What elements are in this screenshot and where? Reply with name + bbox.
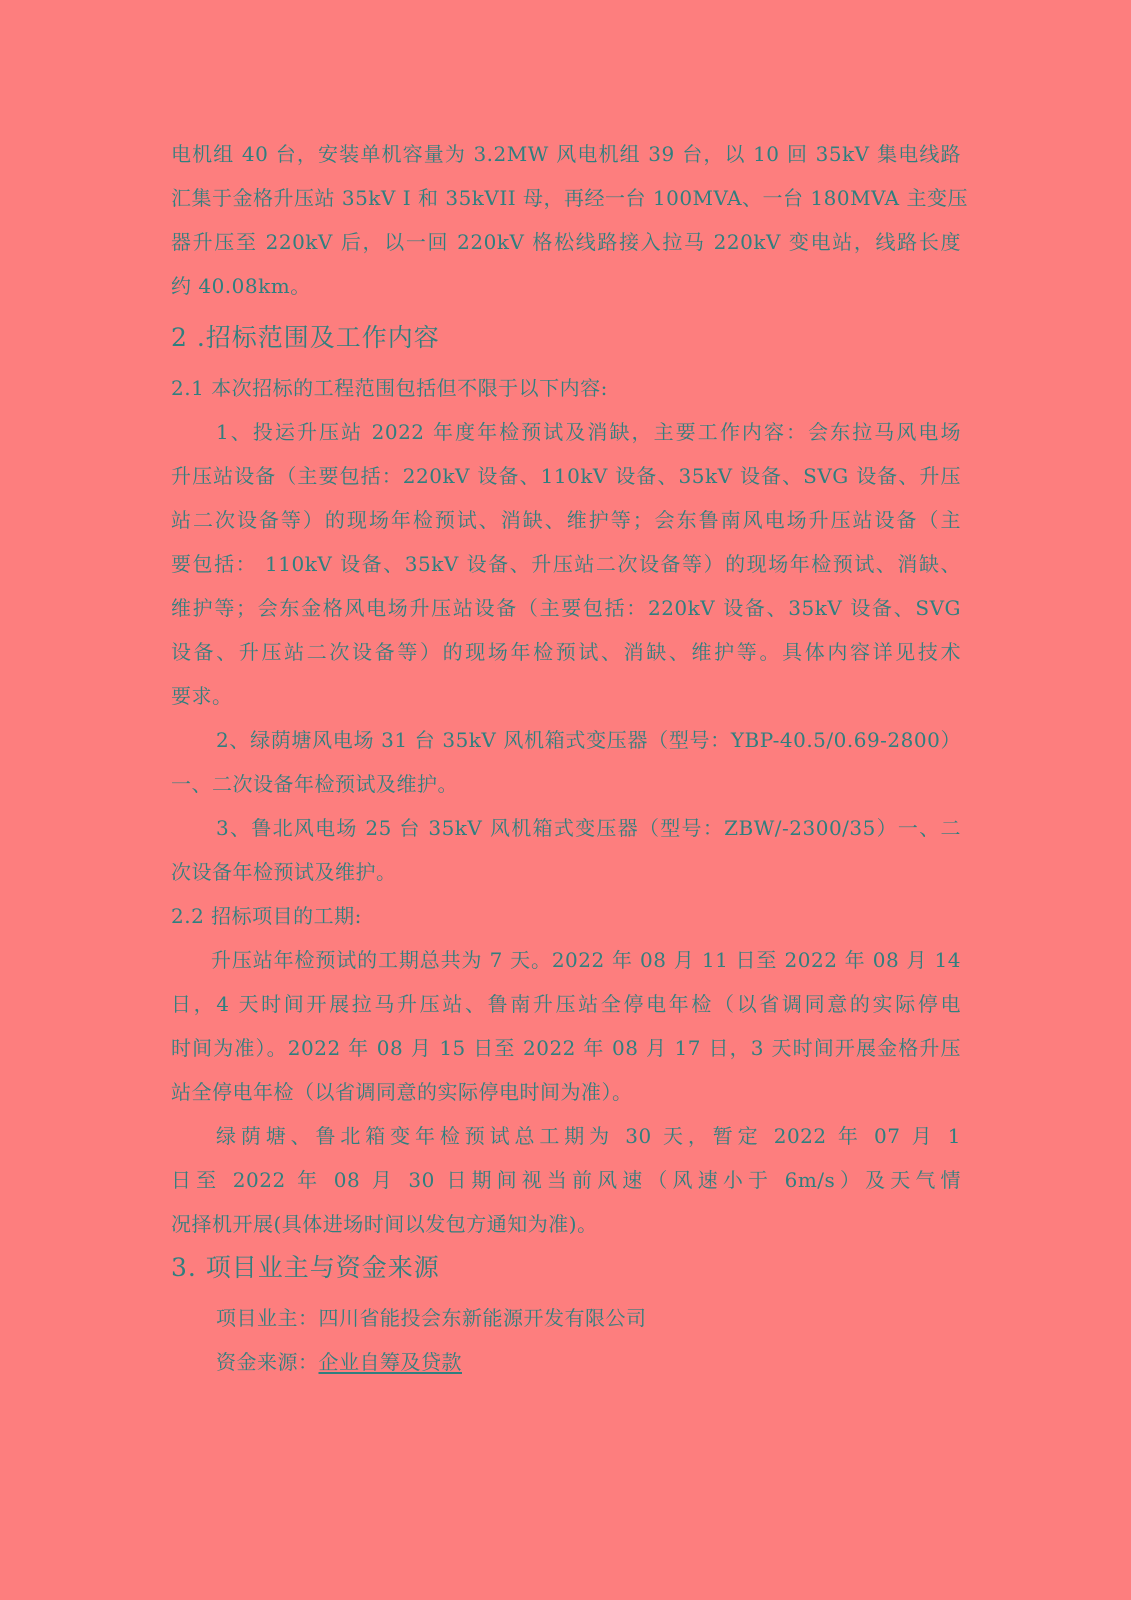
intro-line: 约 40.08km。 bbox=[171, 272, 311, 300]
funding-source-value: 企业自筹及贷款 bbox=[319, 1350, 463, 1374]
schedule-line: 况择机开展(具体进场时间以发包方通知为准)。 bbox=[171, 1210, 598, 1238]
item-2-line: 2、绿荫塘风电场 31 台 35kV 风机箱式变压器（型号：YBP-40.5/0… bbox=[216, 726, 961, 754]
project-owner-value: 四川省能投会东新能源开发有限公司 bbox=[319, 1306, 647, 1330]
intro-line: 汇集于金格升压站 35kV I 和 35kVII 母，再经一台 100MVA、一… bbox=[171, 184, 961, 212]
section-3-heading: 3. 项目业主与资金来源 bbox=[171, 1252, 440, 1284]
intro-line: 器升压至 220kV 后，以一回 220kV 格松线路接入拉马 220kV 变电… bbox=[171, 228, 961, 256]
item-3-line: 3、鲁北风电场 25 台 35kV 风机箱式变压器（型号：ZBW/-2300/3… bbox=[216, 814, 961, 842]
item-3-line: 次设备年检预试及维护。 bbox=[171, 858, 397, 886]
section-2-2-heading: 2.2 招标项目的工期: bbox=[171, 902, 362, 930]
item-1-line: 维护等；会东金格风电场升压站设备（主要包括：220kV 设备、35kV 设备、S… bbox=[171, 594, 961, 622]
schedule-line: 升压站年检预试的工期总共为 7 天。2022 年 08 月 11 日至 2022… bbox=[211, 946, 961, 974]
funding-source-row: 资金来源：企业自筹及贷款 bbox=[216, 1348, 462, 1376]
schedule-line: 时间为准）。2022 年 08 月 15 日至 2022 年 08 月 17 日… bbox=[171, 1034, 961, 1062]
section-2-1-heading: 2.1 本次招标的工程范围包括但不限于以下内容: bbox=[171, 374, 608, 402]
project-owner-row: 项目业主：四川省能投会东新能源开发有限公司 bbox=[216, 1304, 647, 1332]
item-1-line: 升压站设备（主要包括：220kV 设备、110kV 设备、35kV 设备、SVG… bbox=[171, 462, 961, 490]
item-2-line: 一、二次设备年检预试及维护。 bbox=[171, 770, 458, 798]
item-1-line: 要包括： 110kV 设备、35kV 设备、升压站二次设备等）的现场年检预试、消… bbox=[171, 550, 961, 578]
section-2-heading: 2 .招标范围及工作内容 bbox=[171, 322, 440, 354]
item-1-line: 1、投运升压站 2022 年度年检预试及消缺，主要工作内容：会东拉马风电场 bbox=[216, 418, 961, 446]
project-owner-label: 项目业主： bbox=[216, 1306, 319, 1330]
item-1-line: 设备、升压站二次设备等）的现场年检预试、消缺、维护等。具体内容详见技术 bbox=[171, 638, 961, 666]
item-1-line: 站二次设备等）的现场年检预试、消缺、维护等；会东鲁南风电场升压站设备（主 bbox=[171, 506, 961, 534]
schedule-line: 绿荫塘、鲁北箱变年检预试总工期为 30 天，暂定 2022 年 07 月 1 bbox=[216, 1122, 961, 1150]
intro-line: 电机组 40 台，安装单机容量为 3.2MW 风电机组 39 台，以 10 回 … bbox=[171, 140, 961, 168]
schedule-line: 日至 2022 年 08 月 30 日期间视当前风速（风速小于 6m/s）及天气… bbox=[171, 1166, 961, 1194]
schedule-line: 日，4 天时间开展拉马升压站、鲁南升压站全停电年检（以省调同意的实际停电 bbox=[171, 990, 961, 1018]
schedule-line: 站全停电年检（以省调同意的实际停电时间为准）。 bbox=[171, 1078, 633, 1106]
item-1-line: 要求。 bbox=[171, 682, 233, 710]
funding-source-label: 资金来源： bbox=[216, 1350, 319, 1374]
